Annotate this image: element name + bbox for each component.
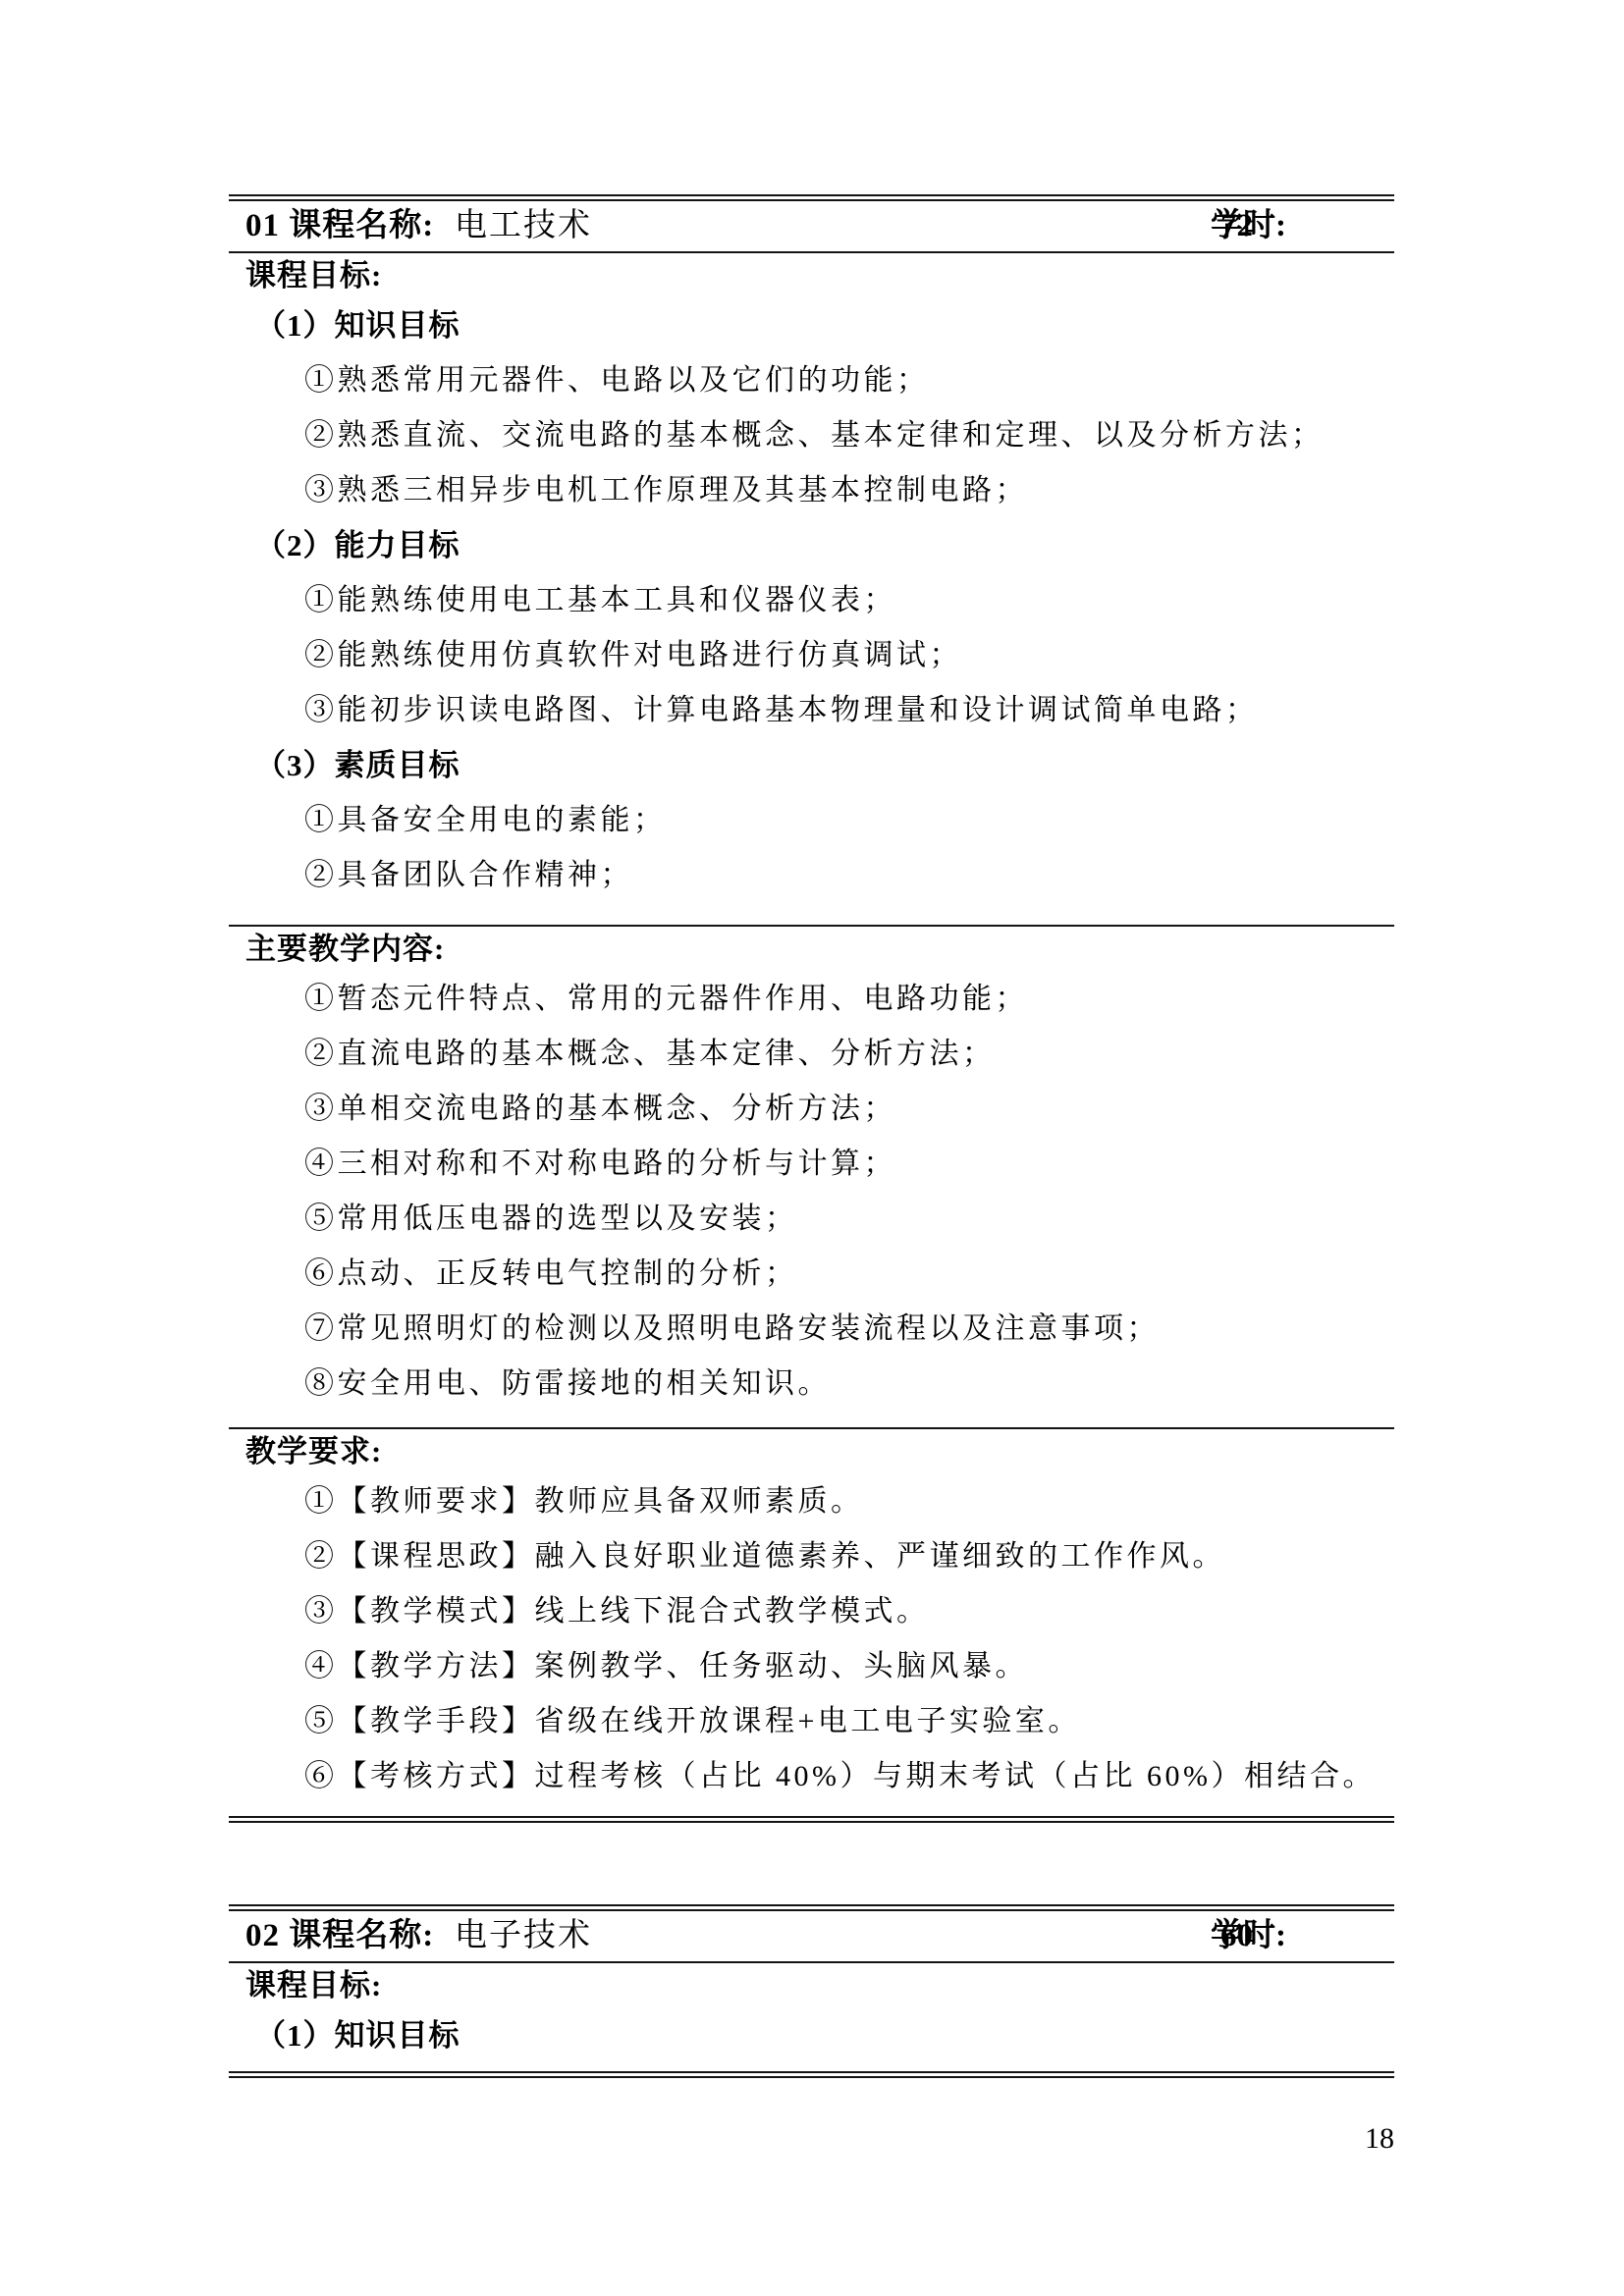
content-item: ⑤常用低压电器的选型以及安装； [229, 1192, 1394, 1247]
course-hours-label: 学时: [1211, 1911, 1286, 1961]
content-item: ②直流电路的基本概念、基本定律、分析方法； [229, 1027, 1394, 1082]
course-number-label: 02 课程名称: [245, 1911, 434, 1961]
requirement-item: ③【教学模式】线上线下混合式教学模式。 [229, 1584, 1394, 1639]
requirement-item: ⑥【考核方式】过程考核（占比 40%）与期末考试（占比 60%）相结合。 [229, 1749, 1394, 1804]
requirement-item: ④【教学方法】案例教学、任务驱动、头脑风暴。 [229, 1639, 1394, 1694]
content-item: ③单相交流电路的基本概念、分析方法； [229, 1082, 1394, 1137]
course-name-value: 电工技术 [455, 201, 592, 251]
objective-item: ②能熟练使用仿真软件对电路进行仿真调试； [229, 628, 1394, 683]
course-header-row: 01 课程名称: 电工技术 学时:72 [229, 201, 1394, 251]
table-bottom-border [229, 2071, 1394, 2078]
page-number: 18 [1365, 2122, 1394, 2156]
course-header-row: 02 课程名称: 电子技术 学时:60 [229, 1911, 1394, 1961]
table-top-border [229, 194, 1394, 201]
content-item: ⑥点动、正反转电气控制的分析； [229, 1247, 1394, 1302]
section-title: 教学要求: [229, 1429, 1394, 1474]
course-table-02: 02 课程名称: 电子技术 学时:60 课程目标: （1）知识目标 [229, 1904, 1394, 2078]
objective-subheading: （1）知识目标 [229, 298, 1394, 353]
objective-item: ②具备团队合作精神； [229, 848, 1394, 903]
objective-item: ③熟悉三相异步电机工作原理及其基本控制电路； [229, 463, 1394, 518]
requirement-item: ⑤【教学手段】省级在线开放课程+电工电子实验室。 [229, 1694, 1394, 1749]
content-item: ⑧安全用电、防雷接地的相关知识。 [229, 1357, 1394, 1412]
objective-subheading: （3）素质目标 [229, 738, 1394, 793]
objective-subheading: （2）能力目标 [229, 518, 1394, 573]
course-hours: 学时:60 [1211, 1911, 1253, 1961]
course-number-label: 01 课程名称: [245, 201, 434, 251]
objective-item: ②熟悉直流、交流电路的基本概念、基本定律和定理、以及分析方法； [229, 408, 1394, 463]
requirement-item: ②【课程思政】融入良好职业道德素养、严谨细致的工作作风。 [229, 1529, 1394, 1584]
section-teaching-content: 主要教学内容: ①暂态元件特点、常用的元器件作用、电路功能； ②直流电路的基本概… [229, 927, 1394, 1427]
course-hours: 学时:72 [1211, 201, 1253, 251]
objective-item: ①能熟练使用电工基本工具和仪器仪表； [229, 573, 1394, 628]
section-title: 课程目标: [229, 1963, 1394, 2008]
table-top-border [229, 1904, 1394, 1911]
course-table-01: 01 课程名称: 电工技术 学时:72 课程目标: （1）知识目标 ①熟悉常用元… [229, 194, 1394, 1823]
section-title: 主要教学内容: [229, 927, 1394, 972]
section-title: 课程目标: [229, 253, 1394, 298]
objective-subheading: （1）知识目标 [229, 2008, 1394, 2063]
section-teaching-requirements: 教学要求: ①【教师要求】教师应具备双师素质。 ②【课程思政】融入良好职业道德素… [229, 1429, 1394, 1816]
table-bottom-border [229, 1816, 1394, 1823]
content-item: ④三相对称和不对称电路的分析与计算； [229, 1137, 1394, 1192]
course-name-value: 电子技术 [455, 1911, 592, 1961]
section-course-objectives: 课程目标: （1）知识目标 ①熟悉常用元器件、电路以及它们的功能； ②熟悉直流、… [229, 253, 1394, 925]
objective-item: ①具备安全用电的素能； [229, 793, 1394, 848]
content-item: ⑦常见照明灯的检测以及照明电路安装流程以及注意事项； [229, 1302, 1394, 1357]
course-hours-label: 学时: [1211, 201, 1286, 251]
requirement-item: ①【教师要求】教师应具备双师素质。 [229, 1474, 1394, 1529]
section-course-objectives: 课程目标: （1）知识目标 [229, 1963, 1394, 2071]
content-item: ①暂态元件特点、常用的元器件作用、电路功能； [229, 972, 1394, 1027]
document-page: 01 课程名称: 电工技术 学时:72 课程目标: （1）知识目标 ①熟悉常用元… [0, 0, 1624, 2296]
objective-item: ③能初步识读电路图、计算电路基本物理量和设计调试简单电路； [229, 683, 1394, 738]
objective-item: ①熟悉常用元器件、电路以及它们的功能； [229, 353, 1394, 408]
